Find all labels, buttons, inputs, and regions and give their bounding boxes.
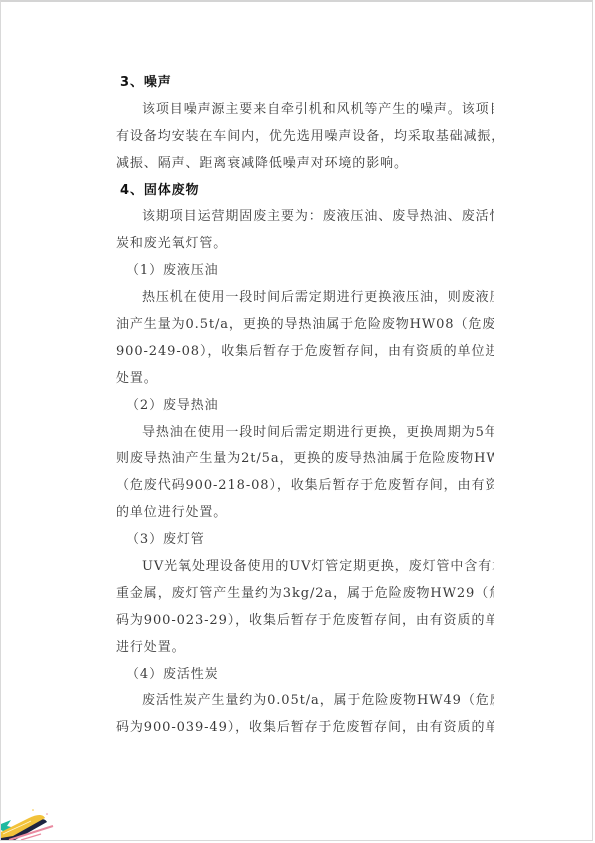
paragraph-line: 重金属，废灯管产生量约为3kg/2a，属于危险废物HW29（危废代 <box>116 581 494 608</box>
subsection-title-waste-heat-transfer-oil: （2）废导热油 <box>116 393 494 420</box>
section-heading-noise: 3、噪声 <box>116 70 494 97</box>
paragraph-line: 该项目噪声源主要来自牵引机和风机等产生的噪声。该项目所 <box>116 97 494 124</box>
paragraph-line: 废活性炭产生量约为0.05t/a，属于危险废物HW49（危废代 <box>116 688 494 715</box>
subsection-title-waste-activated-carbon: （4）废活性炭 <box>116 662 494 689</box>
paragraph-line: （危废代码900-218-08），收集后暂存于危废暂存间，由有资质 <box>116 473 494 500</box>
paragraph-line: 炭和废光氧灯管。 <box>116 231 494 258</box>
subsection-title-waste-hydraulic-oil: （1）废液压油 <box>116 258 494 285</box>
paragraph-line: 的单位进行处置。 <box>116 500 494 527</box>
page-content: 3、噪声 该项目噪声源主要来自牵引机和风机等产生的噪声。该项目所 有设备均安装在… <box>116 70 494 742</box>
paragraph-line: 900-249-08），收集后暂存于危废暂存间，由有资质的单位进行 <box>116 339 494 366</box>
paragraph-line: 处置。 <box>116 366 494 393</box>
paragraph-line: 导热油在使用一段时间后需定期进行更换，更换周期为5年， <box>116 420 494 447</box>
paragraph-line: 该期项目运营期固废主要为：废液压油、废导热油、废活性 <box>116 204 494 231</box>
paragraph-line: 有设备均安装在车间内，优先选用噪声设备，均采取基础减振，经 <box>116 124 494 151</box>
paragraph-line: 进行处置。 <box>116 635 494 662</box>
paragraph-line: 码为900-023-29），收集后暂存于危废暂存间，由有资质的单位 <box>116 608 494 635</box>
corner-decoration-icon <box>1 790 61 840</box>
paragraph-line: 则废导热油产生量为2t/5a，更换的废导热油属于危险废物HW08 <box>116 446 494 473</box>
subsection-title-waste-lamp-tubes: （3）废灯管 <box>116 527 494 554</box>
paragraph-line: 减振、隔声、距离衰减降低噪声对环境的影响。 <box>116 151 494 178</box>
paragraph-line: 热压机在使用一段时间后需定期进行更换液压油，则废液压 <box>116 285 494 312</box>
section-heading-solid-waste: 4、固体废物 <box>116 178 494 205</box>
paragraph-line: 码为900-039-49），收集后暂存于危废暂存间，由有资质的单位 <box>116 715 494 742</box>
paragraph-line: UV光氧处理设备使用的UV灯管定期更换，废灯管中含有水银 <box>116 554 494 581</box>
paragraph-line: 油产生量为0.5t/a，更换的导热油属于危险废物HW08（危废代码 <box>116 312 494 339</box>
document-page: 3、噪声 该项目噪声源主要来自牵引机和风机等产生的噪声。该项目所 有设备均安装在… <box>0 0 593 841</box>
